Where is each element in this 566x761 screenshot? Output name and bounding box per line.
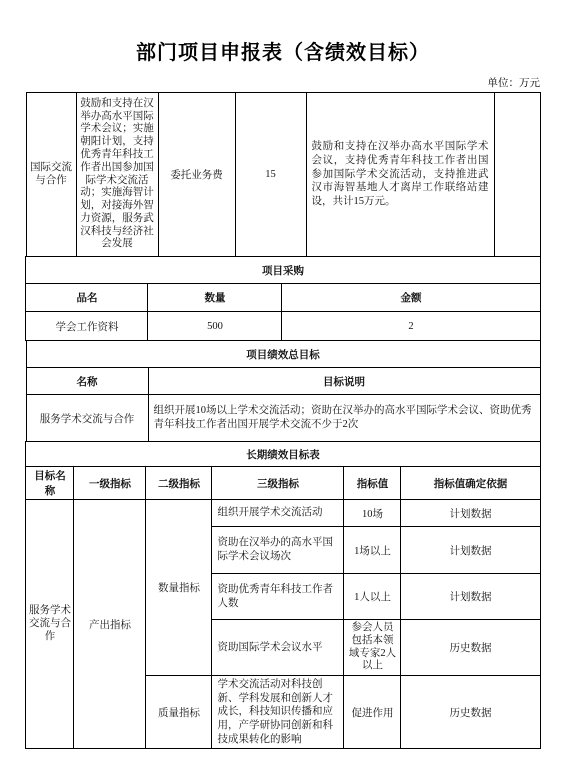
page-title: 部门项目申报表（含绩效目标） bbox=[0, 0, 566, 65]
project-amount-cell: 15 bbox=[235, 93, 306, 257]
table-row: 国际交流与合作 鼓励和支持在汉举办高水平国际学术会议；实施朝阳计划，支持优秀青年… bbox=[26, 93, 540, 257]
table-row: 目标名称 一级指标 二级指标 三级指标 指标值 指标值确定依据 bbox=[26, 467, 540, 500]
longterm-level1-indicator: 产出指标 bbox=[74, 500, 146, 749]
procurement-section-title: 项目采购 bbox=[26, 257, 540, 284]
overall-goal-name: 服务学术交流与合作 bbox=[26, 395, 148, 442]
procurement-table: 项目采购 品名 数量 金额 学会工作资料 500 2 bbox=[25, 256, 540, 341]
longterm-value: 1场以上 bbox=[344, 527, 401, 574]
longterm-header-goal-name: 目标名称 bbox=[26, 467, 74, 500]
project-table: 国际交流与合作 鼓励和支持在汉举办高水平国际学术会议；实施朝阳计划，支持优秀青年… bbox=[26, 92, 541, 257]
procurement-header-name: 品名 bbox=[26, 284, 148, 312]
project-detail-cell: 鼓励和支持在汉举办高水平国际学术会议，支持优秀青年科技工作者出国参加国际学术交流… bbox=[306, 93, 494, 257]
longterm-value: 促进作用 bbox=[344, 676, 401, 749]
longterm-basis: 计划数据 bbox=[401, 527, 540, 574]
table-row: 学会工作资料 500 2 bbox=[26, 312, 540, 341]
longterm-value: 10场 bbox=[344, 500, 401, 527]
procurement-item-name: 学会工作资料 bbox=[26, 312, 148, 341]
longterm-section-title: 长期绩效目标表 bbox=[26, 442, 540, 467]
longterm-header-level3: 三级指标 bbox=[212, 467, 344, 500]
procurement-header-amount: 金额 bbox=[282, 284, 540, 312]
longterm-header-level1: 一级指标 bbox=[74, 467, 146, 500]
procurement-item-quantity: 500 bbox=[148, 312, 282, 341]
procurement-header-quantity: 数量 bbox=[148, 284, 282, 312]
table-row: 服务学术交流与合作 组织开展10场以上学术交流活动；资助在汉举办的高水平国际学术… bbox=[26, 395, 540, 442]
longterm-header-level2: 二级指标 bbox=[146, 467, 212, 500]
document-page: 部门项目申报表（含绩效目标） 单位：万元 国际交流与合作 鼓励和支持在汉举办高水… bbox=[0, 0, 566, 761]
project-expense-type-cell: 委托业务费 bbox=[158, 93, 235, 257]
overall-goal-section-title: 项目绩效总目标 bbox=[26, 341, 540, 368]
longterm-value: 1人以上 bbox=[344, 574, 401, 620]
project-empty-cell bbox=[494, 93, 540, 257]
longterm-header-basis: 指标值确定依据 bbox=[401, 467, 540, 500]
table-row: 项目绩效总目标 bbox=[26, 341, 540, 368]
longterm-basis: 计划数据 bbox=[401, 574, 540, 620]
longterm-basis: 计划数据 bbox=[401, 500, 540, 527]
table-row: 服务学术交流与合作 产出指标 数量指标 组织开展学术交流活动 10场 计划数据 bbox=[26, 500, 540, 527]
table-row: 品名 数量 金额 bbox=[26, 284, 540, 312]
table-row: 项目采购 bbox=[26, 257, 540, 284]
longterm-basis: 历史数据 bbox=[401, 620, 540, 676]
project-category-cell: 国际交流与合作 bbox=[26, 93, 76, 257]
table-row: 长期绩效目标表 bbox=[26, 442, 540, 467]
longterm-indicator: 学术交流活动对科技创新、学科发展和创新人才成长，科技知识传播和应用，产学研协同创… bbox=[212, 676, 344, 749]
longterm-basis: 历史数据 bbox=[401, 676, 540, 749]
longterm-header-value: 指标值 bbox=[344, 467, 401, 500]
longterm-indicator: 资助优秀青年科技工作者人数 bbox=[212, 574, 344, 620]
longterm-table: 长期绩效目标表 目标名称 一级指标 二级指标 三级指标 指标值 指标值确定依据 … bbox=[25, 441, 540, 749]
overall-goal-description: 组织开展10场以上学术交流活动；资助在汉举办的高水平国际学术会议、资助优秀青年科… bbox=[148, 395, 540, 442]
longterm-indicator: 资助在汉举办的高水平国际学术会议场次 bbox=[212, 527, 344, 574]
overall-goal-header-name: 名称 bbox=[26, 368, 148, 395]
longterm-indicator: 资助国际学术会议水平 bbox=[212, 620, 344, 676]
overall-goal-table: 项目绩效总目标 名称 目标说明 服务学术交流与合作 组织开展10场以上学术交流活… bbox=[26, 340, 541, 442]
longterm-indicator: 组织开展学术交流活动 bbox=[212, 500, 344, 527]
procurement-item-amount: 2 bbox=[282, 312, 540, 341]
longterm-level2-quantity: 数量指标 bbox=[146, 500, 212, 676]
project-description-cell: 鼓励和支持在汉举办高水平国际学术会议；实施朝阳计划，支持优秀青年科技工作者出国参… bbox=[76, 93, 158, 257]
longterm-value: 参会人员包括本领域专家2人以上 bbox=[344, 620, 401, 676]
longterm-level2-quality: 质量指标 bbox=[146, 676, 212, 749]
unit-label: 单位：万元 bbox=[26, 75, 540, 90]
overall-goal-header-description: 目标说明 bbox=[148, 368, 540, 395]
longterm-goal-name: 服务学术交流与合作 bbox=[26, 500, 74, 749]
table-row: 名称 目标说明 bbox=[26, 368, 540, 395]
